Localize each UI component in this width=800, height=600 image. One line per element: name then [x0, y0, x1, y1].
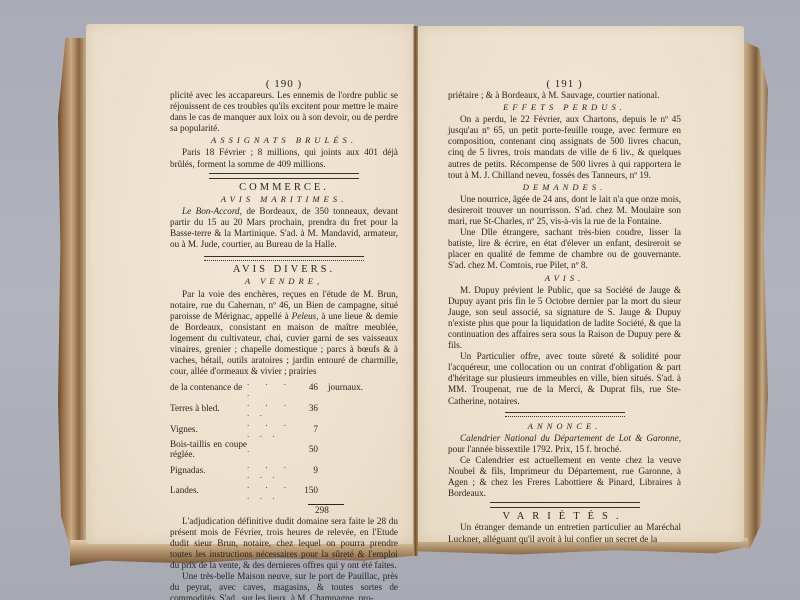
demand-item: Une nourrice, âgée de 24 ans, dont le la… [448, 194, 681, 227]
section-heading-avis-divers: AVIS DIVERS. [170, 264, 398, 275]
maison-paragraph: Une très-belle Maison neuve, sur le port… [170, 571, 398, 600]
subheading-a-vendre: A VENDRE, [170, 276, 398, 287]
land-row: Landes. . . . . . . 150 [170, 480, 398, 501]
land-row: Terres à bled. . . . . . 36 [170, 398, 398, 419]
maritime-notice: Le Bon-Accord, de Bordeaux, de 350 tonne… [170, 206, 398, 250]
double-rule-divider [490, 502, 640, 508]
book-gutter [413, 26, 418, 556]
continuation-line: priétaire ; & à Bordeaux, à M. Sauvage, … [448, 90, 681, 101]
calendar-title: Calendrier National du Département de Lo… [448, 433, 681, 455]
avis-item: Un Particulier offre, avec toute sûreté … [448, 351, 681, 406]
left-page-text: ( 190 ) plicité avec les accapareurs. Le… [170, 78, 398, 600]
section-heading-effets-perdus: EFFETS PERDUS. [448, 102, 681, 113]
calendar-notice: Ce Calendrier est actuellement en vente … [448, 455, 681, 499]
subheading-avis-maritimes: AVIS MARITIMES. [170, 194, 398, 205]
opening-paragraph: plicité avec les accapareurs. Les ennemi… [170, 90, 398, 134]
page-number: ( 190 ) [170, 78, 398, 90]
varietes-text: Un étranger demande un entretien particu… [448, 522, 681, 544]
ornament-divider [170, 252, 398, 263]
section-heading-avis: AVIS. [448, 273, 681, 284]
lost-items-notice: On a perdu, le 22 Février, aux Chartons,… [448, 114, 681, 181]
section-heading-demandes: DEMANDES. [448, 182, 681, 193]
land-total: 298 [315, 505, 398, 516]
section-heading-varietes: VARIÉTÉS. [448, 511, 681, 522]
sale-paragraph: Par la voie des enchères, reçues en l'ét… [170, 289, 398, 378]
open-book: ( 190 ) plicité avec les accapareurs. Le… [0, 0, 800, 600]
ship-name: Le Bon-Accord [182, 206, 240, 216]
ornament-divider [448, 409, 681, 420]
land-row: Vignes. . . . . . . 7 [170, 418, 398, 439]
calendar-title-italic: Calendrier National du Département de Lo… [460, 433, 679, 443]
land-row: Bois-taillis en coupe réglée. . 50 [170, 439, 398, 460]
section-heading-assignats: ASSIGNATS BRULÉS. [170, 135, 398, 146]
assignats-text: Paris 18 Février ; 8 millions, qui joint… [170, 147, 398, 169]
adjudication-paragraph: L'adjudication définitive dudit domaine … [170, 516, 398, 571]
section-heading-commerce: COMMERCE. [170, 182, 398, 193]
place-name: Peleus [292, 311, 317, 321]
avis-item: M. Dupuy prévient le Public, que sa Soci… [448, 285, 681, 352]
page-number: ( 191 ) [448, 78, 681, 90]
demand-item: Une Dlle étrangere, sachant très-bien co… [448, 227, 681, 271]
section-heading-annonce: ANNONCE. [448, 421, 681, 432]
land-row: de la contenance de . . . . 46 journaux. [170, 377, 398, 398]
left-page-edges [58, 38, 88, 558]
right-page-text: ( 191 ) priétaire ; & à Bordeaux, à M. S… [448, 78, 681, 545]
double-rule-divider [209, 173, 359, 179]
land-area-table: de la contenance de . . . . 46 journaux.… [170, 377, 398, 501]
land-row: Pignadas. . . . . . . 9 [170, 460, 398, 481]
